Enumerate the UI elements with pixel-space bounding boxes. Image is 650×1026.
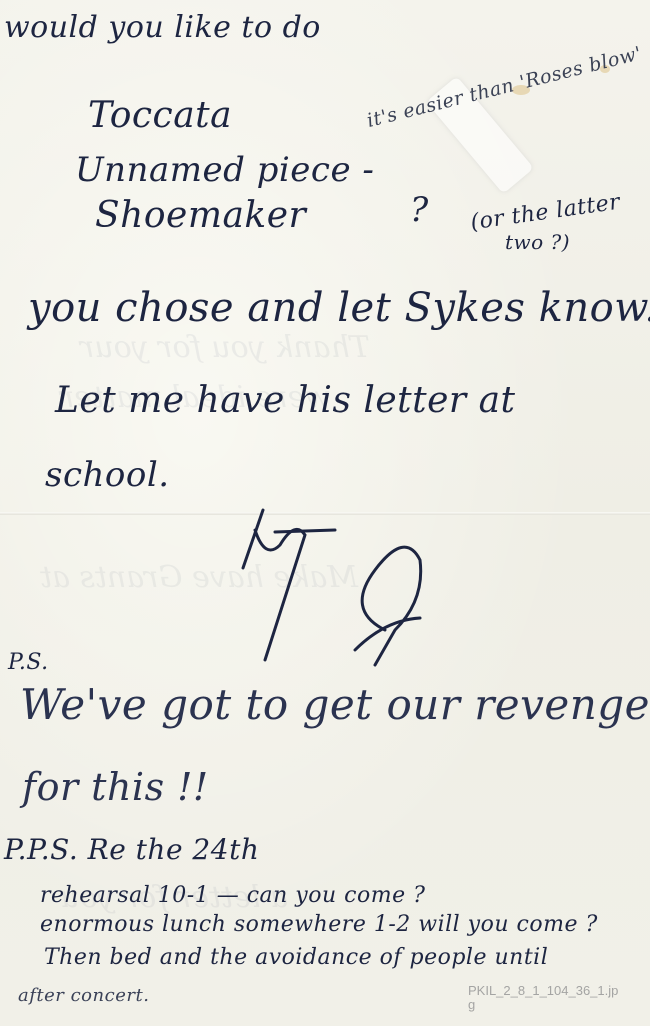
pps-subject: Re the 24th [88, 833, 260, 866]
pps-line: enormous lunch somewhere 1-2 will you co… [40, 912, 598, 937]
ps-line: for this !! [22, 765, 209, 809]
letter-line: Shoemaker [95, 195, 306, 236]
letter-line: school. [45, 455, 170, 495]
ps-line: We've got to get our revenge [20, 680, 650, 729]
pps-heading: P.P.S. Re the 24th [4, 833, 259, 866]
letter-aside: two ?) [505, 230, 570, 254]
pps-label: P.P.S. [4, 833, 78, 866]
ps-label: P.S. [8, 650, 49, 675]
signature: G [225, 500, 445, 670]
watermark-suffix: g [468, 997, 475, 1012]
pps-line: rehearsal 10-1 — can you come ? [40, 883, 425, 908]
letter-line: Let me have his letter at [55, 380, 516, 421]
pps-line: Then bed and the avoidance of people unt… [44, 945, 548, 970]
letter-line: Toccata [88, 95, 232, 136]
pps-line: after concert. [18, 985, 149, 1006]
letter-line: you chose and let Sykes know. [28, 285, 650, 331]
bleed-through-text: Thank you for your [80, 330, 370, 365]
letter-line: Unnamed piece - it's easier than 'Roses … [75, 150, 374, 190]
file-watermark: PKIL_2_8_1_104_36_1.jp g [468, 983, 618, 998]
unnamed-piece: Unnamed piece - [75, 150, 374, 190]
letter-line: would you like to do [4, 10, 321, 45]
question-mark: ? [410, 190, 429, 230]
watermark-text: PKIL_2_8_1_104_36_1.jp [468, 983, 618, 998]
